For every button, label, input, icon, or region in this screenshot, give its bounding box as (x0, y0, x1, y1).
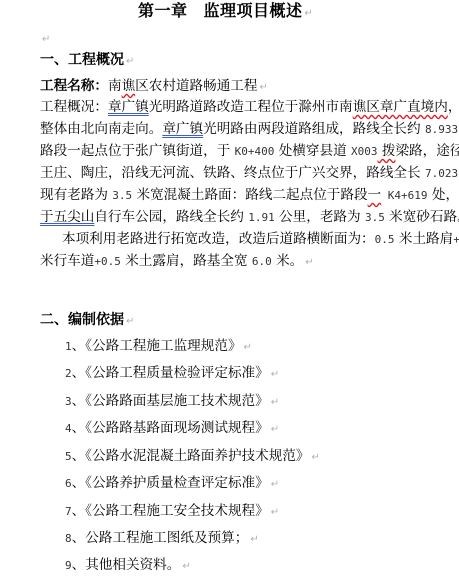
stake-value: K4+619 (381, 189, 427, 202)
reference-item: 2、《公路工程质量检验评定标准》↵ (65, 365, 279, 383)
project-name-label: 工程名称： (40, 78, 108, 94)
paragraph-mark-icon: ↵ (126, 316, 134, 327)
reference-item: 6、《公路养护质量检查评定标准》↵ (65, 475, 279, 493)
road-code: X003 (351, 145, 378, 158)
section1-heading: 一、工程概况↵ (40, 52, 432, 70)
item-text: 、《公路水泥混凝土路面养护技术规范》 (72, 448, 310, 464)
item-number: 1 (65, 340, 72, 353)
paragraph-mark-icon: ↵ (305, 8, 314, 19)
project-name-text: 南 (108, 78, 122, 94)
overview-line-1: 工程概况：章广镇光明路道路改造工程位于滁州市南谯区章广直境内，路线 (40, 99, 432, 115)
spellcheck-word: 拨 (378, 143, 396, 159)
overview-line-6: 于五尖山自行车公园，路线全长约 1.91 公里，老路为 3.5 米宽砂石路。↵ (40, 209, 432, 227)
item-text: 、其他相关资料。 (72, 557, 181, 573)
project-name-line: 工程名称：南谯区农村道路畅通工程↵ (40, 78, 432, 96)
chapter-number: 第一章 (138, 1, 188, 20)
overview-label: 工程概况： (40, 99, 108, 115)
item-number: 3 (65, 395, 72, 408)
overview-line-5: 现有老路为 3.5 米宽混凝土路面：路线二起点位于路段一 K4+619 处，终点… (40, 187, 432, 204)
empty-paragraph: ↵ (40, 30, 432, 48)
length-value: 1.91 (248, 211, 275, 224)
document-page[interactable]: 第一章监理项目概述↵ ↵ 一、工程概况↵ 工程名称：南谯区农村道路畅通工程↵ 工… (0, 0, 459, 576)
section2-heading-text: 二、编制依据 (40, 312, 124, 328)
item-number: 4 (65, 422, 72, 435)
overview-text: 光明路由两段道路组成，路线全长约 (203, 121, 425, 137)
paragraph-mark-icon: ↵ (260, 82, 268, 93)
item-text: 、《公路养护质量检查评定标准》 (72, 475, 269, 491)
item-number: 2 (65, 367, 72, 380)
item-text: 、《公路工程质量检验评定标准》 (72, 365, 269, 381)
item-number: 8 (65, 532, 72, 545)
cross-section-text: 米土露肩，路基全宽 (121, 253, 252, 269)
length-value: 7.023 (425, 167, 458, 180)
overview-text: 处，终点 (428, 187, 459, 203)
chapter-title: 第一章监理项目概述↵ (138, 3, 313, 22)
item-number: 7 (65, 505, 72, 518)
overview-text: 米宽混凝土路面：路线二起点位于路段 (132, 187, 367, 203)
width-value: 6.0 (252, 255, 272, 268)
overview-text: 现有老路为 (40, 187, 112, 203)
section1-heading-text: 一、工程概况 (40, 52, 124, 68)
cross-section-text: 本项利用老路进行拓宽改造，改造后道路横断面为： (62, 231, 375, 247)
item-text: 、《公路路面基层施工技术规范》 (72, 393, 269, 409)
overview-text: 自行车公园，路线全长约 (94, 209, 248, 225)
width-value: +0.5 (94, 255, 121, 268)
overview-text: 梁路，途径乐庄、 (395, 143, 459, 159)
cross-section-line-2: 米行车道+0.5 米土露肩，路基全宽 6.0 米。↵ (40, 253, 432, 271)
width-value: 0.5 (375, 233, 395, 246)
item-number: 5 (65, 450, 72, 463)
overview-line-3: 路段一起点位于张广镇街道，于 K0+400 处横穿县道 X003 拨梁路，途径乐… (40, 143, 432, 160)
spellcheck-word: 一 (368, 187, 382, 203)
width-value: +5.0 (453, 233, 459, 246)
item-text: 、公路工程施工图纸及预算； (72, 530, 249, 546)
overview-text: ，路线 (448, 99, 459, 115)
overview-text: 公里，老路为 (275, 209, 365, 225)
overview-text: 米宽砂石路。 (385, 209, 459, 225)
cross-section-text: 米行车道 (40, 253, 94, 269)
paragraph-mark-icon: ↵ (271, 507, 279, 518)
paragraph-mark-icon: ↵ (126, 56, 134, 67)
paragraph-mark-icon: ↵ (271, 369, 279, 380)
item-text: 、《公路工程施工监理规范》 (72, 338, 242, 354)
spellcheck-word: 谯区章广直境内 (353, 99, 448, 115)
paragraph-mark-icon: ↵ (271, 397, 279, 408)
reference-item: 5、《公路水泥混凝土路面养护技术规范》↵ (65, 448, 320, 466)
overview-line-2: 整体由北向南走向。章广镇光明路由两段道路组成，路线全长约 8.933 公里。 (40, 121, 432, 138)
item-text: 、《公路路基路面现场测试规程》 (72, 420, 269, 436)
cross-section-text: 米。 (272, 253, 304, 269)
paragraph-mark-icon: ↵ (244, 342, 252, 353)
overview-text: 处横穿县道 (274, 143, 351, 159)
paragraph-mark-icon: ↵ (271, 479, 279, 490)
stake-value: K0+400 (235, 145, 275, 158)
spellcheck-word: 谯 (122, 78, 136, 94)
width-value: 3.5 (365, 211, 385, 224)
length-value: 8.933 (425, 123, 458, 136)
paragraph-mark-icon: ↵ (305, 257, 313, 268)
overview-text: 光明路道路改造工程位于滁州市南 (149, 99, 353, 115)
paragraph-mark-icon: ↵ (42, 34, 50, 45)
reference-item: 7、《公路工程施工安全技术规程》↵ (65, 503, 279, 521)
reference-item: 9、其他相关资料。↵ (65, 557, 191, 575)
grammar-flag-word: 于五尖山 (40, 209, 94, 225)
paragraph-mark-icon: ↵ (182, 561, 190, 572)
paragraph-mark-icon: ↵ (250, 534, 258, 545)
grammar-flag-word: 章广镇 (108, 99, 149, 115)
reference-item: 3、《公路路面基层施工技术规范》↵ (65, 393, 279, 411)
overview-text: 王庄、陶庄，沿线无河流、铁路、终点位于广兴交界，路线全长 (40, 165, 425, 181)
overview-text: 路段一起点位于张广镇街道，于 (40, 143, 235, 159)
item-text: 、《公路工程施工安全技术规程》 (72, 503, 269, 519)
section2-heading: 二、编制依据↵ (40, 312, 432, 330)
paragraph-mark-icon: ↵ (312, 452, 320, 463)
reference-item: 4、《公路路基路面现场测试规程》↵ (65, 420, 279, 438)
reference-item: 8、公路工程施工图纸及预算；↵ (65, 530, 259, 548)
chapter-name: 监理项目概述 (204, 1, 303, 20)
overview-text: 整体由北向南走向。 (40, 121, 162, 137)
paragraph-mark-icon: ↵ (271, 424, 279, 435)
item-number: 9 (65, 559, 72, 572)
reference-item: 1、《公路工程施工监理规范》↵ (65, 338, 252, 356)
item-number: 6 (65, 477, 72, 490)
grammar-flag-word: 章广镇 (162, 121, 203, 137)
project-name-text: 区农村道路畅通工程 (135, 78, 257, 94)
cross-section-text: 米土路肩 (395, 231, 454, 247)
overview-line-4: 王庄、陶庄，沿线无河流、铁路、终点位于广兴交界，路线全长 7.023 公里， (40, 165, 432, 182)
cross-section-line-1: 本项利用老路进行拓宽改造，改造后道路横断面为：0.5 米土路肩+5.0 (62, 231, 454, 248)
width-value: 3.5 (112, 189, 132, 202)
